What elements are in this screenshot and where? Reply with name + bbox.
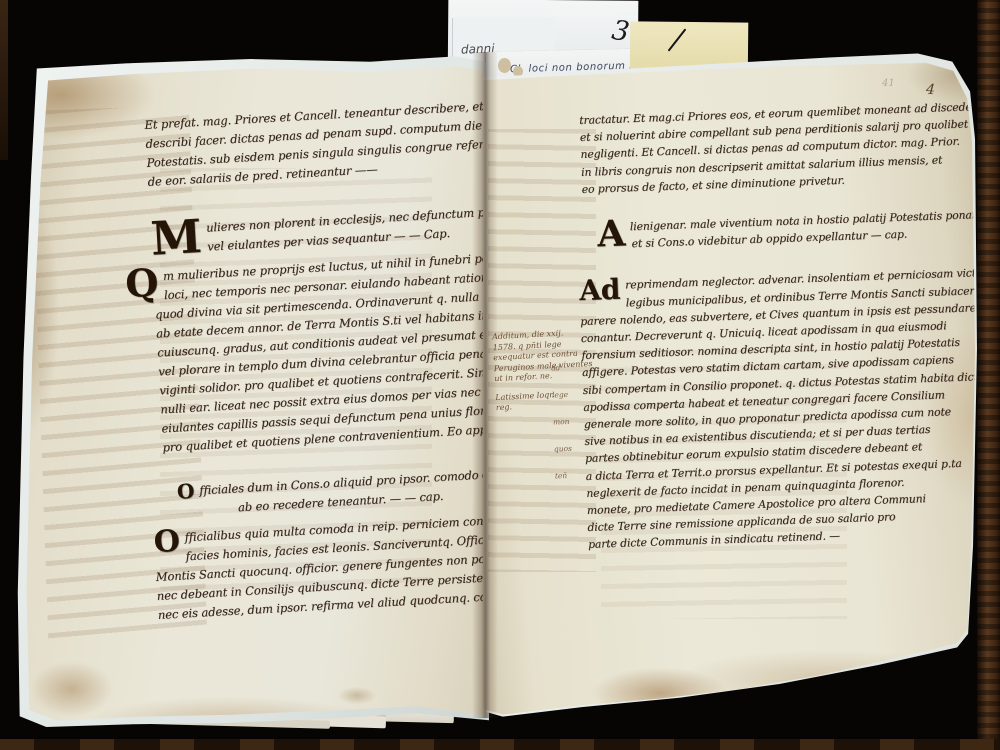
drop-cap-initial: O: [153, 529, 180, 556]
drop-cap-initial: A: [597, 218, 626, 249]
drop-cap-initial: Ad: [579, 277, 621, 304]
manuscript-paragraph: Et prefat. mag. Priores et Cancell. tene…: [144, 97, 486, 192]
desk-wood-left-edge: [0, 0, 8, 160]
book-gutter-shadow: [472, 52, 498, 718]
left-page: Et prefat. mag. Priores et Cancell. tene…: [20, 62, 488, 722]
drop-cap-initial: M: [150, 219, 203, 256]
manuscript-line: quos: [553, 434, 584, 462]
manuscript-heading: A lienigenar. male viventium nota in hos…: [597, 207, 960, 254]
manuscript-photograph: { "photo": { "folio_number": "4", "penci…: [0, 0, 1000, 750]
manuscript-line: lege: [552, 381, 583, 409]
manuscript-paragraph: Q m mulieribus ne proprijs est luctus, u…: [152, 249, 500, 458]
heading-lines: lienigenar. male viventium nota in hosti…: [597, 207, 960, 254]
manuscript-paragraph: tractatur. Et mag.ci Priores eos, et eor…: [579, 99, 958, 198]
manuscript-line: mon: [553, 407, 584, 435]
manuscript-paragraph: O fficialibus quia multa comoda in reip.…: [153, 510, 510, 625]
desk-wood-right-edge: [977, 0, 1000, 750]
paragraph-lines: fficialibus quia multa comoda in reip. p…: [153, 510, 510, 625]
binding-fragment: [498, 58, 511, 73]
drop-cap-initial: O: [177, 482, 195, 501]
manuscript-line: ad: [551, 354, 582, 382]
paragraph-lines: m mulieribus ne proprijs est luctus, ut …: [152, 249, 500, 458]
pencil-folio-number: 41: [882, 78, 895, 89]
folio-number: 4: [925, 82, 935, 99]
right-page: 41 4 Additum, die xxij.1578. q pñti lege…: [483, 48, 975, 720]
drop-cap-initial: Q: [125, 267, 160, 299]
right-page-text-block: tractatur. Et mag.ci Priores eos, et eor…: [579, 99, 970, 554]
left-page-text-block: Et prefat. mag. Priores et Cancell. tene…: [144, 97, 510, 624]
paragraph-lines: reprimendam neglector. advenar. insolent…: [579, 265, 970, 553]
marginal-catchwords: adlegemonquosteñ: [551, 354, 586, 490]
desk-wood-bottom-edge: [0, 739, 1000, 750]
manuscript-line: teñ: [554, 461, 585, 489]
manuscript-paragraph: Ad reprimendam neglector. advenar. insol…: [579, 265, 970, 553]
